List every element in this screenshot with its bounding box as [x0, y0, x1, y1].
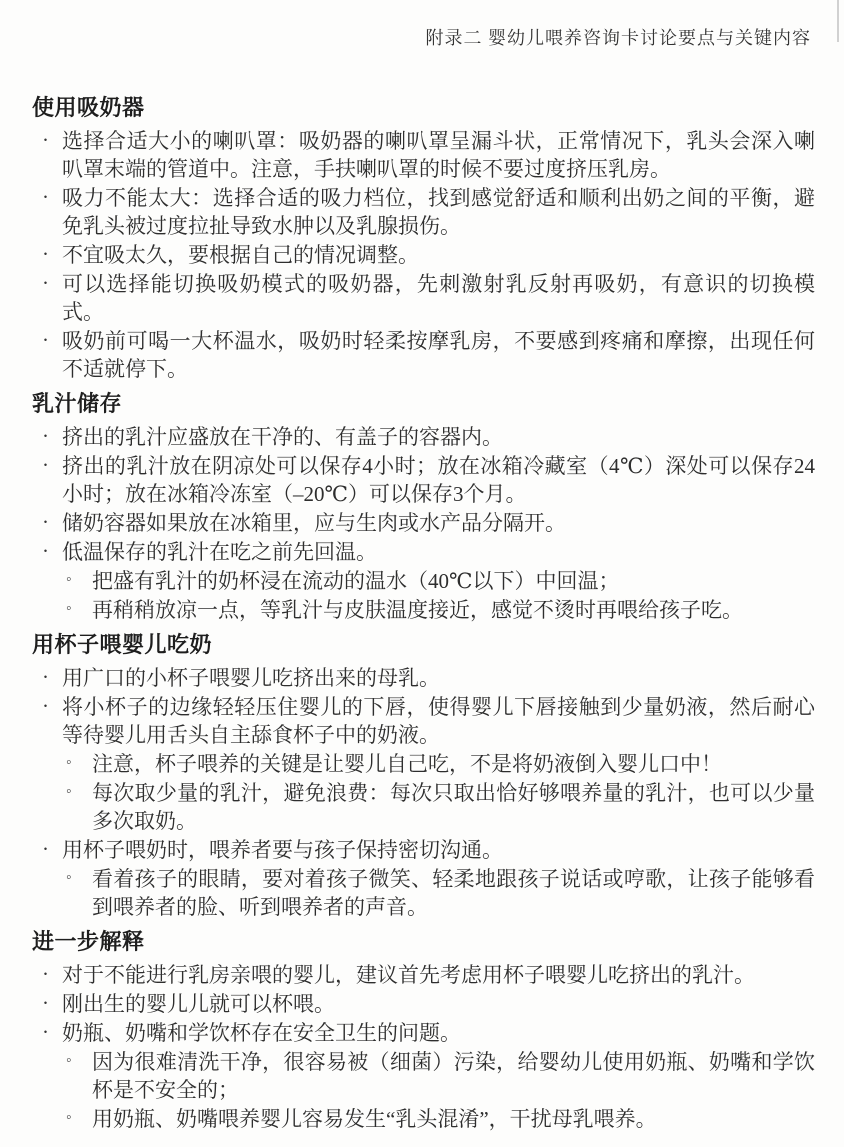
item-text: 可以选择能切换吸奶模式的吸奶器，先刺激射乳反射再吸奶，有意识的切换模式。	[62, 272, 815, 324]
sub-bullet-item: ◦每次取少量的乳汁，避免浪费：每次只取出恰好够喂养量的乳汁，也可以少量多次取奶。	[32, 779, 815, 835]
item-text: 因为很难清洗干净，很容易被（细菌）污染，给婴幼儿使用奶瓶、奶嘴和学饮杯是不安全的…	[92, 1050, 815, 1102]
item-text: 注意，杯子喂养的关键是让婴儿自己吃，不是将奶液倒入婴儿口中！	[92, 752, 722, 776]
bullet-list: ·选择合适大小的喇叭罩：吸奶器的喇叭罩呈漏斗状，正常情况下，乳头会深入喇叭罩末端…	[32, 127, 815, 383]
item-text: 储奶容器如果放在冰箱里，应与生肉或水产品分隔开。	[62, 511, 566, 535]
bullet-circle-icon: ◦	[66, 864, 72, 892]
bullet-item: ·对于不能进行乳房亲喂的婴儿，建议首先考虑用杯子喂婴儿吃挤出的乳汁。	[32, 961, 815, 989]
sub-bullet-item: ◦用奶瓶、奶嘴喂养婴儿容易发生“乳头混淆”，干扰母乳喂养。	[32, 1105, 815, 1133]
bullet-item: ·挤出的乳汁应盛放在干净的、有盖子的容器内。	[32, 423, 815, 451]
bullet-dot-icon: ·	[42, 240, 49, 268]
item-text: 挤出的乳汁放在阴凉处可以保存4小时；放在冰箱冷藏室（4℃）深处可以保存24小时；…	[62, 454, 815, 506]
bullet-item: ·吸力不能太大：选择合适的吸力档位，找到感觉舒适和顺利出奶之间的平衡，避免乳头被…	[32, 184, 815, 240]
bullet-circle-icon: ◦	[66, 778, 72, 806]
item-text: 低温保存的乳汁在吃之前先回温。	[62, 540, 377, 564]
item-text: 奶瓶、奶嘴和学饮杯存在安全卫生的问题。	[62, 1021, 461, 1045]
section-3: 用杯子喂婴儿吃奶·用广口的小杯子喂婴儿吃挤出来的母乳。·将小杯子的边缘轻轻压住婴…	[32, 629, 815, 921]
bullet-circle-icon: ◦	[66, 1104, 72, 1132]
bullet-item: ·低温保存的乳汁在吃之前先回温。	[32, 538, 815, 566]
section-title: 乳汁储存	[32, 388, 815, 419]
section-title: 用杯子喂婴儿吃奶	[32, 629, 815, 660]
section-title: 进一步解释	[32, 926, 815, 957]
item-text: 挤出的乳汁应盛放在干净的、有盖子的容器内。	[62, 425, 503, 449]
item-text: 吸奶前可喝一大杯温水，吸奶时轻柔按摩乳房，不要感到疼痛和摩擦，出现任何不适就停下…	[62, 329, 815, 381]
section-2: 乳汁储存·挤出的乳汁应盛放在干净的、有盖子的容器内。·挤出的乳汁放在阴凉处可以保…	[32, 388, 815, 624]
sub-bullet-item: ◦把盛有乳汁的奶杯浸在流动的温水（40℃以下）中回温；	[32, 567, 815, 595]
bullet-dot-icon: ·	[42, 989, 49, 1017]
bullet-dot-icon: ·	[42, 422, 49, 450]
sub-bullet-item: ◦注意，杯子喂养的关键是让婴儿自己吃，不是将奶液倒入婴儿口中！	[32, 750, 815, 778]
section-1: 使用吸奶器·选择合适大小的喇叭罩：吸奶器的喇叭罩呈漏斗状，正常情况下，乳头会深入…	[32, 92, 815, 383]
item-text: 每次取少量的乳汁，避免浪费：每次只取出恰好够喂养量的乳汁，也可以少量多次取奶。	[92, 781, 815, 833]
bullet-dot-icon: ·	[42, 1018, 49, 1046]
item-text: 用奶瓶、奶嘴喂养婴儿容易发生“乳头混淆”，干扰母乳喂养。	[92, 1107, 657, 1131]
bullet-circle-icon: ◦	[66, 749, 72, 777]
bullet-item: ·用杯子喂奶时，喂养者要与孩子保持密切沟通。	[32, 836, 815, 864]
bullet-dot-icon: ·	[42, 692, 49, 720]
scan-artifact-line	[837, 0, 839, 42]
bullet-item: ·刚出生的婴儿儿就可以杯喂。	[32, 990, 815, 1018]
bullet-list: ·挤出的乳汁应盛放在干净的、有盖子的容器内。·挤出的乳汁放在阴凉处可以保存4小时…	[32, 423, 815, 624]
item-text: 用杯子喂奶时，喂养者要与孩子保持密切沟通。	[62, 838, 503, 862]
document-page: 附录二 婴幼儿喂养咨询卡讨论要点与关键内容 使用吸奶器·选择合适大小的喇叭罩：吸…	[0, 0, 844, 1147]
bullet-list: ·对于不能进行乳房亲喂的婴儿，建议首先考虑用杯子喂婴儿吃挤出的乳汁。·刚出生的婴…	[32, 961, 815, 1133]
bullet-circle-icon: ◦	[66, 566, 72, 594]
bullet-circle-icon: ◦	[66, 1047, 72, 1075]
bullet-item: ·储奶容器如果放在冰箱里，应与生肉或水产品分隔开。	[32, 509, 815, 537]
bullet-item: ·挤出的乳汁放在阴凉处可以保存4小时；放在冰箱冷藏室（4℃）深处可以保存24小时…	[32, 452, 815, 508]
item-text: 吸力不能太大：选择合适的吸力档位，找到感觉舒适和顺利出奶之间的平衡，避免乳头被过…	[62, 186, 815, 238]
bullet-dot-icon: ·	[42, 126, 49, 154]
item-text: 再稍稍放凉一点，等乳汁与皮肤温度接近，感觉不烫时再喂给孩子吃。	[92, 598, 743, 622]
item-text: 把盛有乳汁的奶杯浸在流动的温水（40℃以下）中回温；	[92, 569, 620, 593]
bullet-circle-icon: ◦	[66, 595, 72, 623]
item-text: 对于不能进行乳房亲喂的婴儿，建议首先考虑用杯子喂婴儿吃挤出的乳汁。	[62, 963, 755, 987]
sub-bullet-item: ◦再稍稍放凉一点，等乳汁与皮肤温度接近，感觉不烫时再喂给孩子吃。	[32, 596, 815, 624]
appendix-header: 附录二 婴幼儿喂养咨询卡讨论要点与关键内容	[32, 26, 815, 50]
bullet-dot-icon: ·	[42, 835, 49, 863]
bullet-item: ·将小杯子的边缘轻轻压住婴儿的下唇，使得婴儿下唇接触到少量奶液，然后耐心等待婴儿…	[32, 693, 815, 749]
bullet-item: ·可以选择能切换吸奶模式的吸奶器，先刺激射乳反射再吸奶，有意识的切换模式。	[32, 270, 815, 326]
bullet-dot-icon: ·	[42, 269, 49, 297]
bullet-dot-icon: ·	[42, 537, 49, 565]
bullet-dot-icon: ·	[42, 508, 49, 536]
sub-bullet-item: ◦看着孩子的眼睛，要对着孩子微笑、轻柔地跟孩子说话或哼歌，让孩子能够看到喂养者的…	[32, 865, 815, 921]
section-4: 进一步解释·对于不能进行乳房亲喂的婴儿，建议首先考虑用杯子喂婴儿吃挤出的乳汁。·…	[32, 926, 815, 1133]
bullet-list: ·用广口的小杯子喂婴儿吃挤出来的母乳。·将小杯子的边缘轻轻压住婴儿的下唇，使得婴…	[32, 664, 815, 921]
bullet-item: ·不宜吸太久，要根据自己的情况调整。	[32, 241, 815, 269]
item-text: 不宜吸太久，要根据自己的情况调整。	[62, 243, 419, 267]
bullet-item: ·用广口的小杯子喂婴儿吃挤出来的母乳。	[32, 664, 815, 692]
section-title: 使用吸奶器	[32, 92, 815, 123]
item-text: 将小杯子的边缘轻轻压住婴儿的下唇，使得婴儿下唇接触到少量奶液，然后耐心等待婴儿用…	[62, 695, 815, 747]
bullet-dot-icon: ·	[42, 326, 49, 354]
bullet-item: ·选择合适大小的喇叭罩：吸奶器的喇叭罩呈漏斗状，正常情况下，乳头会深入喇叭罩末端…	[32, 127, 815, 183]
bullet-dot-icon: ·	[42, 183, 49, 211]
bullet-item: ·奶瓶、奶嘴和学饮杯存在安全卫生的问题。	[32, 1019, 815, 1047]
item-text: 看着孩子的眼睛，要对着孩子微笑、轻柔地跟孩子说话或哼歌，让孩子能够看到喂养者的脸…	[92, 867, 815, 919]
item-text: 选择合适大小的喇叭罩：吸奶器的喇叭罩呈漏斗状，正常情况下，乳头会深入喇叭罩末端的…	[62, 129, 815, 181]
item-text: 刚出生的婴儿儿就可以杯喂。	[62, 992, 335, 1016]
bullet-item: ·吸奶前可喝一大杯温水，吸奶时轻柔按摩乳房，不要感到疼痛和摩擦，出现任何不适就停…	[32, 327, 815, 383]
document-body: 使用吸奶器·选择合适大小的喇叭罩：吸奶器的喇叭罩呈漏斗状，正常情况下，乳头会深入…	[32, 92, 815, 1133]
bullet-dot-icon: ·	[42, 451, 49, 479]
sub-bullet-item: ◦因为很难清洗干净，很容易被（细菌）污染，给婴幼儿使用奶瓶、奶嘴和学饮杯是不安全…	[32, 1048, 815, 1104]
item-text: 用广口的小杯子喂婴儿吃挤出来的母乳。	[62, 666, 440, 690]
bullet-dot-icon: ·	[42, 663, 49, 691]
bullet-dot-icon: ·	[42, 960, 49, 988]
